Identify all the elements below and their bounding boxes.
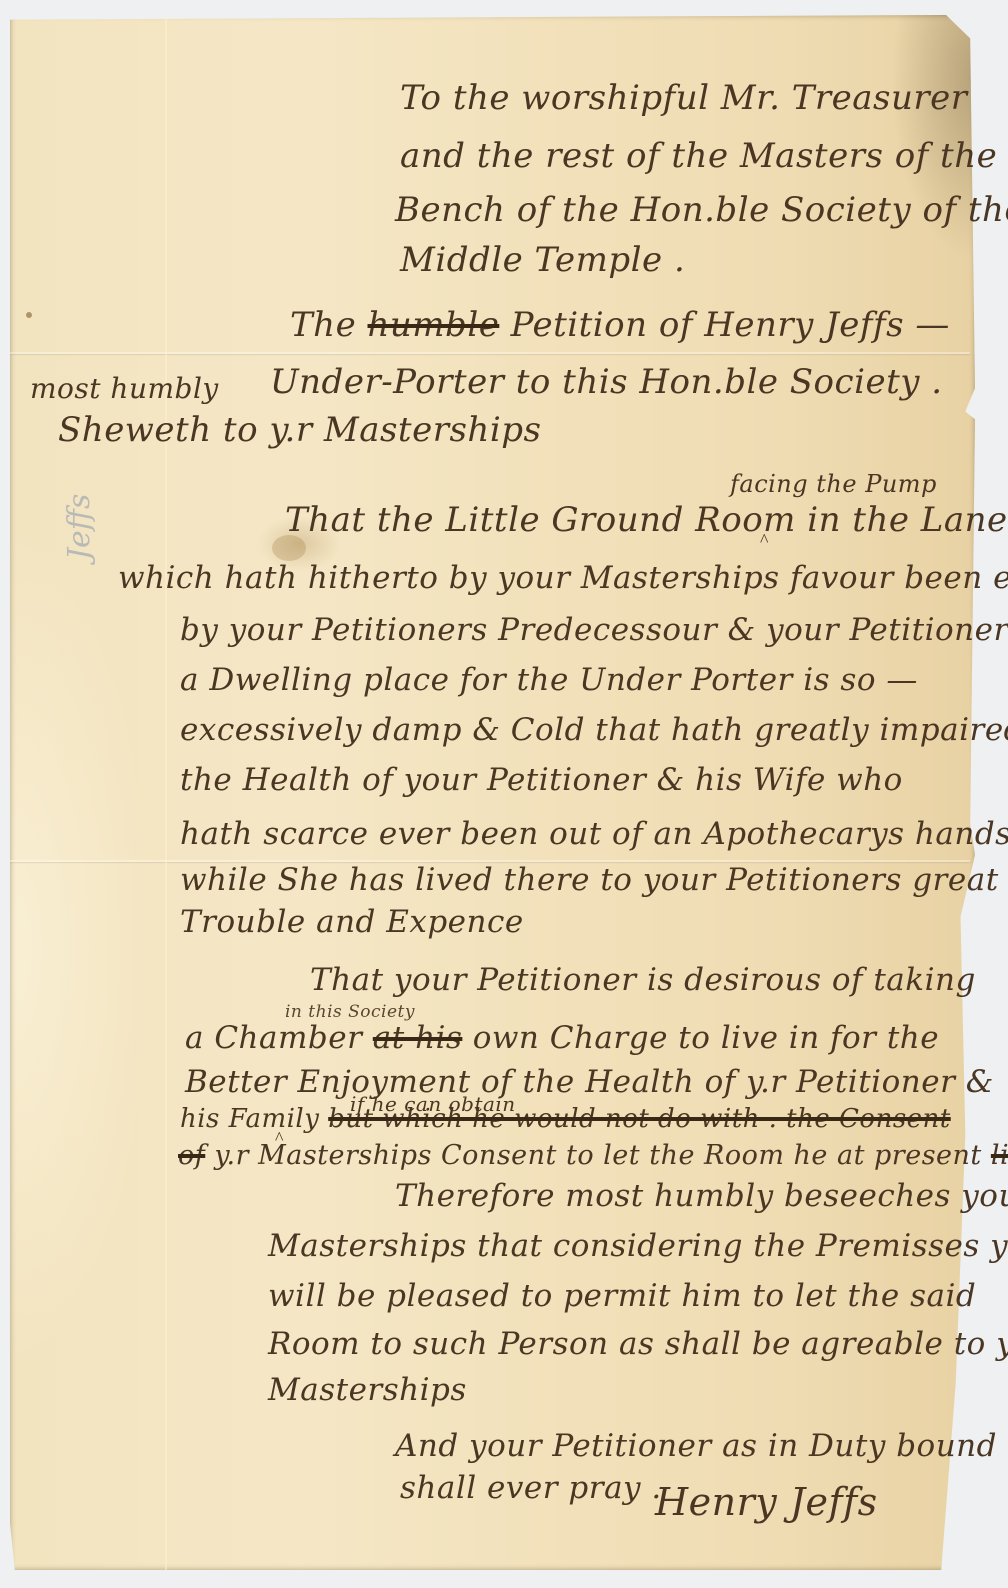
struck-words: at his <box>373 1020 463 1056</box>
body-line: will be pleased to permit him to let the… <box>268 1278 976 1314</box>
body-line: Room to such Person as shall be agreable… <box>268 1326 1008 1362</box>
sheweth-line: Sheweth to y.r Masterships <box>58 410 541 450</box>
petition-title-line: The humble Petition of Henry Jeffs — <box>290 305 950 345</box>
fold-line <box>10 352 970 354</box>
margin-endorsement: Jeffs <box>62 494 97 560</box>
body-line: by your Petitioners Predecessour & your … <box>180 612 1008 648</box>
body-line: That your Petitioner is desirous of taki… <box>310 962 976 998</box>
margin-insert: most humbly <box>30 372 219 405</box>
address-line: Middle Temple . <box>400 240 685 280</box>
ink-spot <box>26 312 32 318</box>
closing-line: And your Petitioner as in Duty bound <box>395 1428 997 1464</box>
closing-line: shall ever pray . <box>400 1470 662 1506</box>
interlinear-insert: in this Society <box>285 1002 415 1022</box>
struck-words: lives in <box>991 1140 1008 1171</box>
address-line: Bench of the Hon.ble Society of the <box>395 190 1008 230</box>
body-line: That the Little Ground Room in the Lane <box>285 500 1008 540</box>
fold-line <box>165 15 167 1570</box>
address-line: and the rest of the Masters of the <box>400 136 997 176</box>
signature: Henry Jeffs <box>655 1480 878 1524</box>
struck-words: but which he would not do with . the Con… <box>328 1104 951 1134</box>
body-line: a Dwelling place for the Under Porter is… <box>180 662 918 698</box>
body-line: excessively damp & Cold that hath greatl… <box>180 712 1008 748</box>
struck-word: of <box>178 1140 205 1171</box>
struck-word: humble <box>368 305 500 345</box>
interlinear-insert: facing the Pump <box>730 470 937 498</box>
body-line: his Family but which he would not do wit… <box>180 1104 951 1134</box>
petition-title-line: Under-Porter to this Hon.ble Society . <box>270 362 943 402</box>
address-line: To the worshipful Mr. Treasurer <box>400 78 968 118</box>
body-line: of y.r Masterships Consent to let the Ro… <box>178 1140 1008 1171</box>
body-line: Masterships that considering the Premiss… <box>268 1228 1008 1264</box>
body-line: a Chamber at his own Charge to live in f… <box>185 1020 939 1056</box>
body-line: Trouble and Expence <box>180 904 524 940</box>
body-line: hath scarce ever been out of an Apotheca… <box>180 816 1008 852</box>
body-line: Therefore most humbly beseeches your <box>395 1178 1008 1214</box>
body-line: Masterships <box>268 1372 467 1408</box>
body-line: which hath hitherto by your Masterships … <box>118 560 1008 596</box>
body-line: the Health of your Petitioner & his Wife… <box>180 762 903 798</box>
body-line: while She has lived there to your Petiti… <box>180 862 999 898</box>
body-line: Better Enjoyment of the Health of y.r Pe… <box>185 1064 994 1100</box>
